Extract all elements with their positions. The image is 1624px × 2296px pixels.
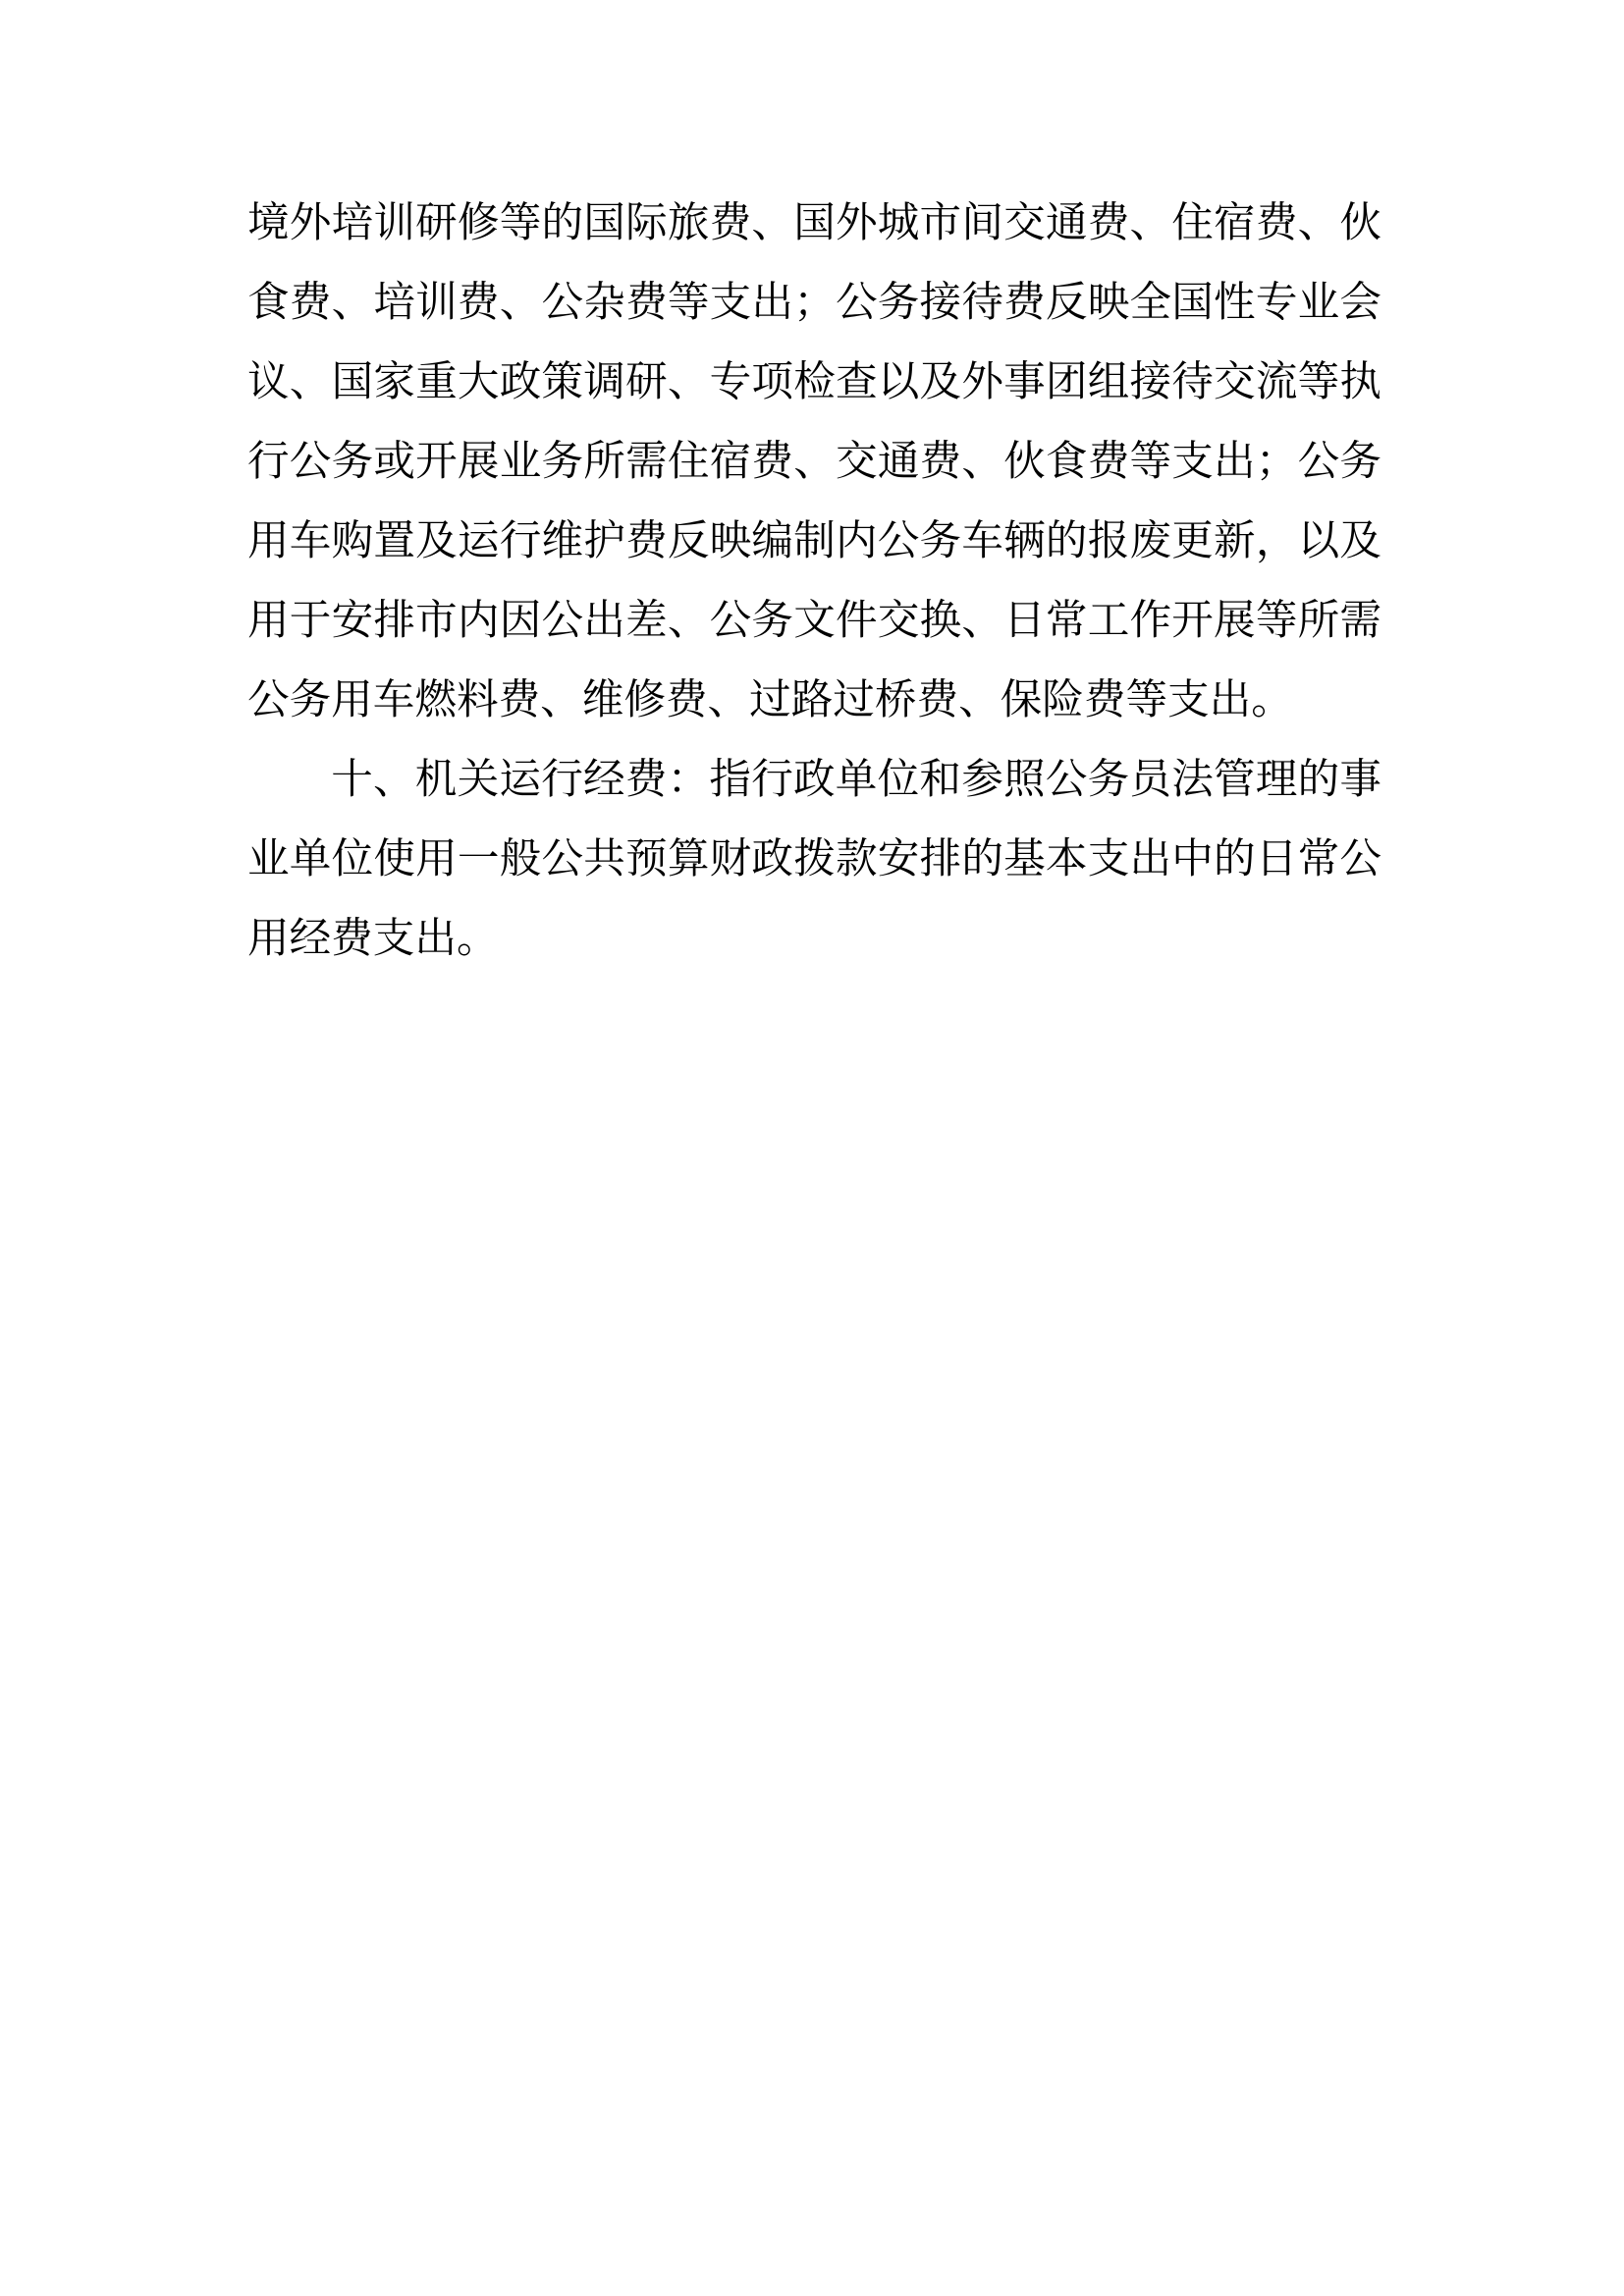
paragraph-expense-explanation: 境外培训研修等的国际旅费、国外城市间交通费、住宿费、伙食费、培训费、公杂费等支出… [247, 184, 1381, 740]
document-page: 境外培训研修等的国际旅费、国外城市间交通费、住宿费、伙食费、培训费、公杂费等支出… [0, 0, 1624, 2296]
document-text-block: 境外培训研修等的国际旅费、国外城市间交通费、住宿费、伙食费、培训费、公杂费等支出… [247, 184, 1381, 979]
paragraph-item-ten-operating-expenses: 十、机关运行经费：指行政单位和参照公务员法管理的事业单位使用一般公共预算财政拨款… [247, 740, 1381, 979]
